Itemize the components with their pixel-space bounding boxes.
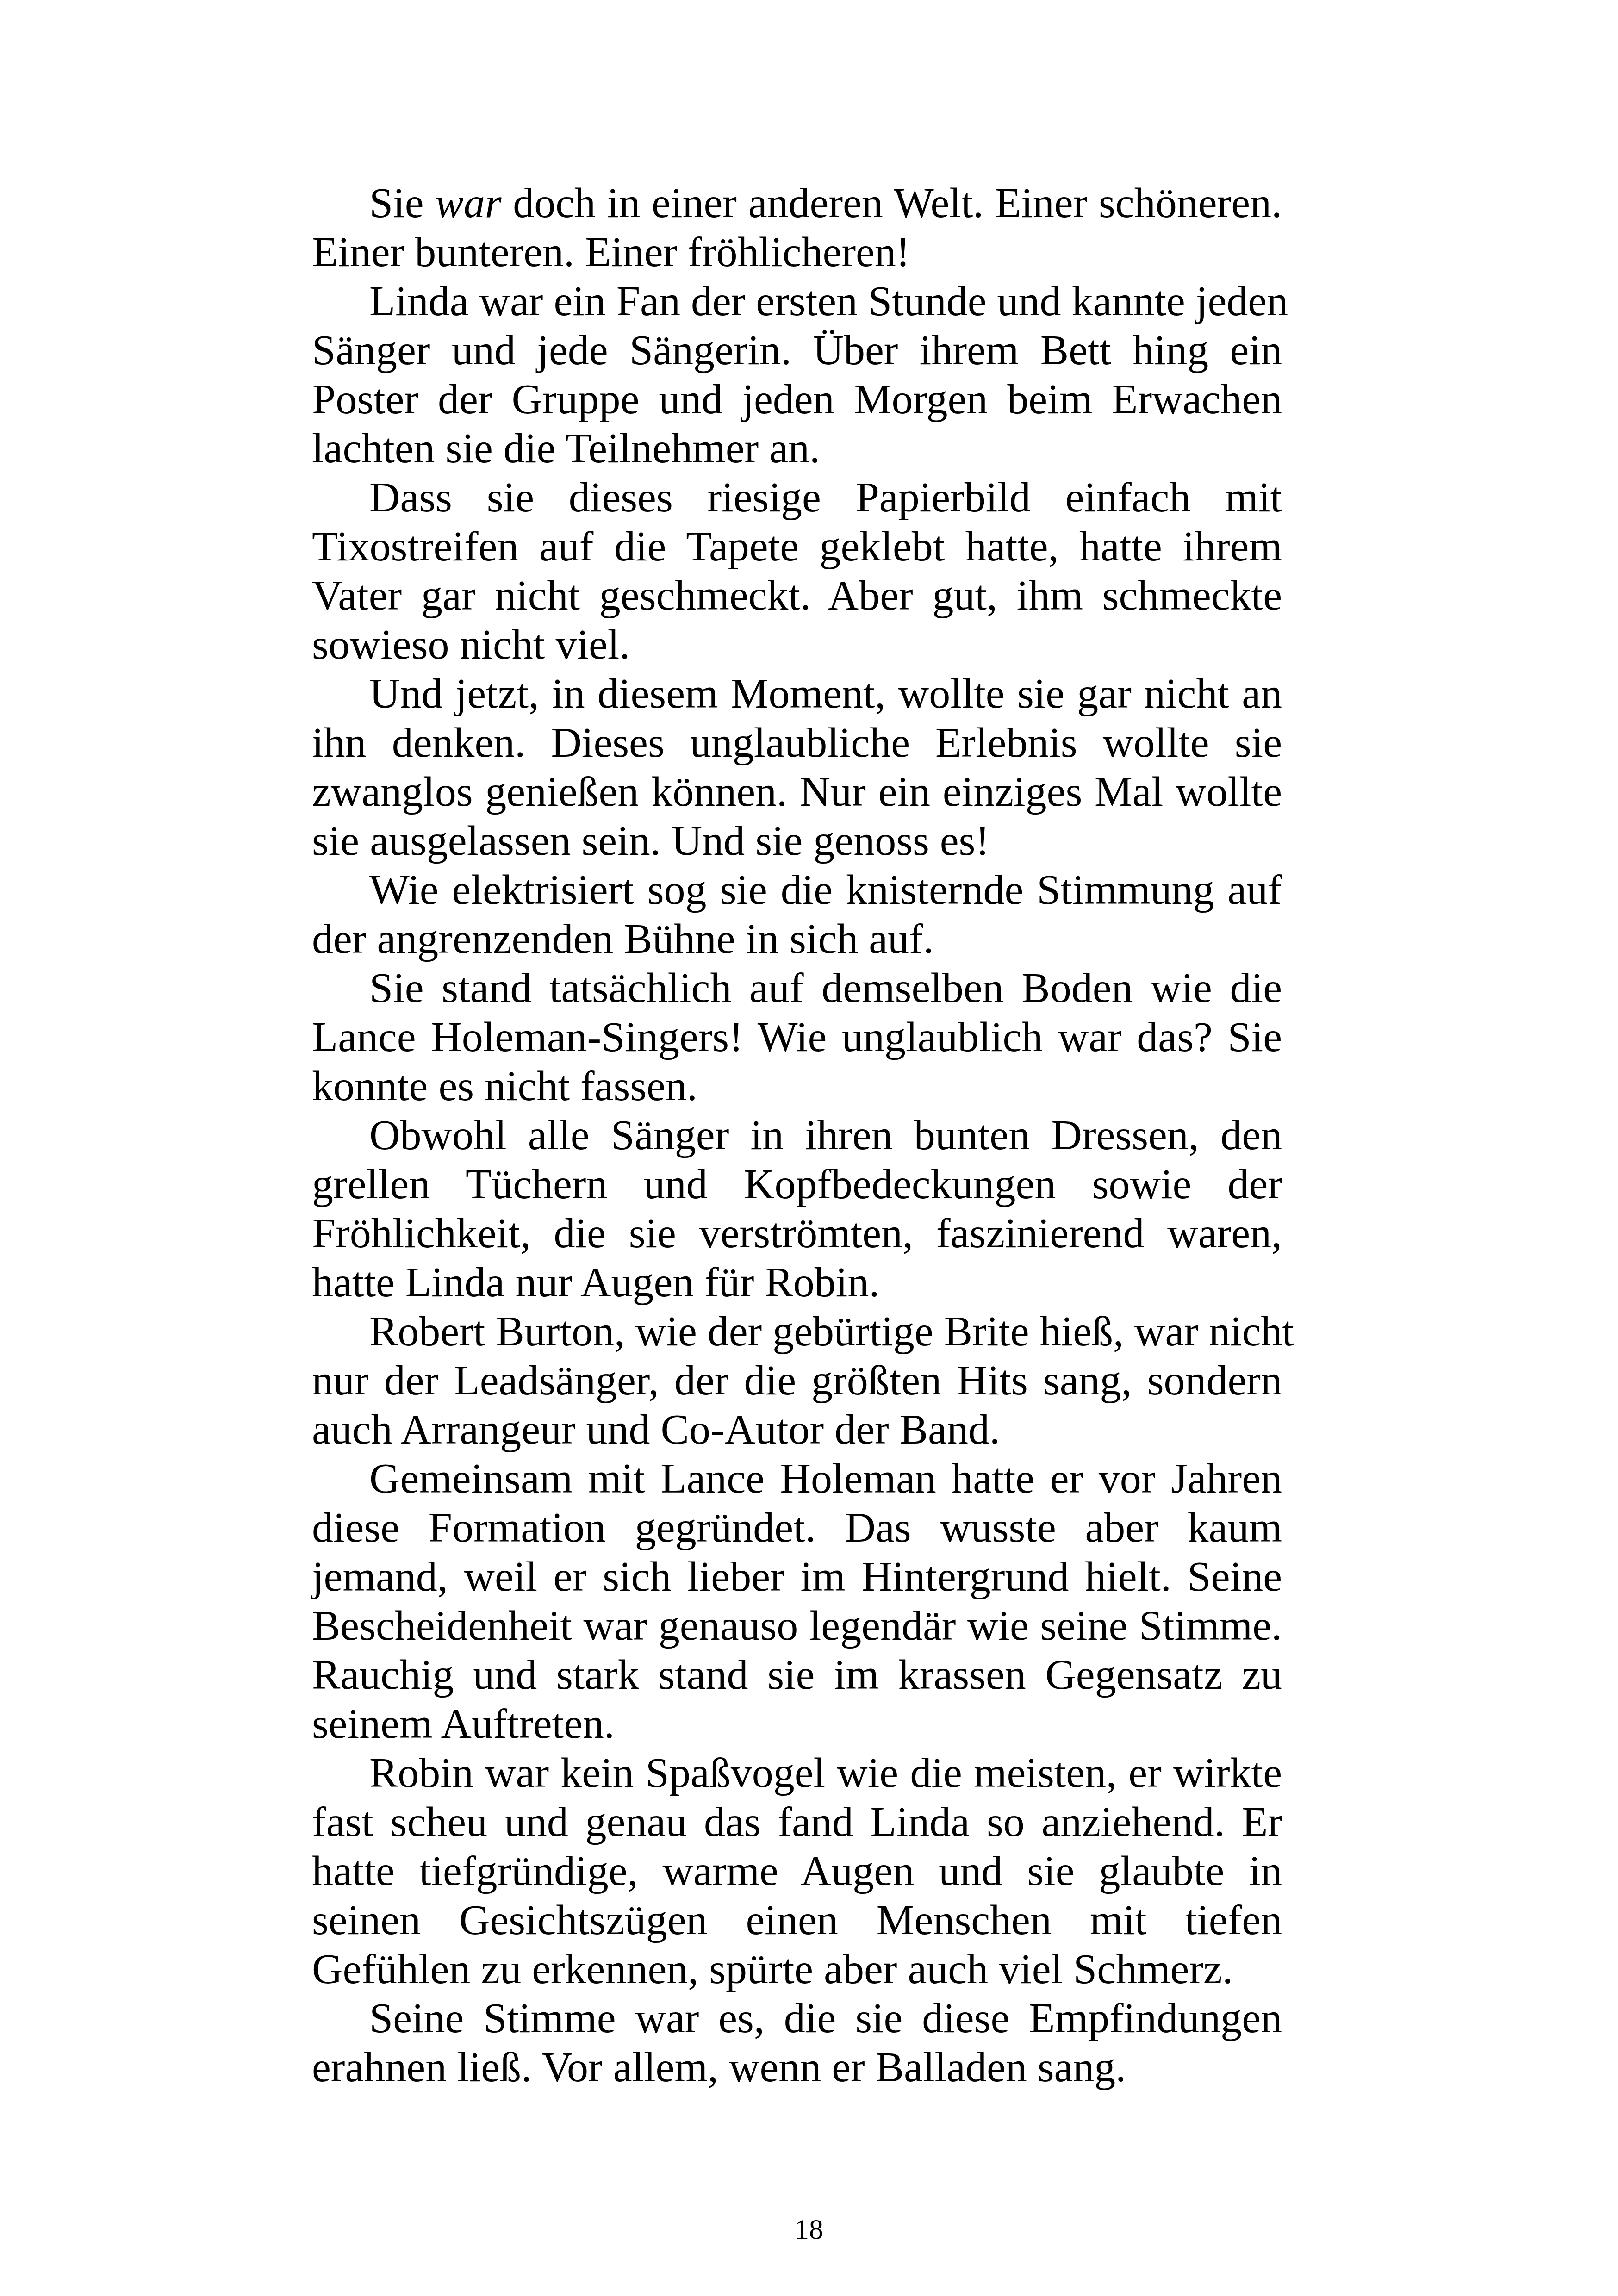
text-line: Wie elektrisiert sog sie die knisternde …	[312, 865, 1282, 914]
text-line: Einer bunteren. Einer fröhlicheren!	[312, 227, 1282, 276]
text-line: jemand, weil er sich lieber im Hintergru…	[312, 1552, 1282, 1601]
text-line: Robert Burton, wie der gebürtige Brite h…	[312, 1307, 1282, 1356]
text-line: Rauchig und stark stand sie im krassen G…	[312, 1650, 1282, 1699]
text-line: Bescheidenheit war genauso legendär wie …	[312, 1601, 1282, 1650]
text-line: Und jetzt, in diesem Moment, wollte sie …	[312, 669, 1282, 718]
text-line: Obwohl alle Sänger in ihren bunten Dress…	[312, 1110, 1282, 1159]
text-line: Seine Stimme war es, die sie diese Empfi…	[312, 1993, 1282, 2042]
text-line: konnte es nicht fassen.	[312, 1061, 1282, 1110]
paragraph: Sie stand tatsächlich auf demselben Bode…	[312, 963, 1282, 1110]
paragraph: Robin war kein Spaßvogel wie die meisten…	[312, 1748, 1282, 1993]
text-line: lachten sie die Teilnehmer an.	[312, 423, 1282, 473]
text-line: zwanglos genießen können. Nur ein einzig…	[312, 767, 1282, 816]
text-line: hatte tiefgründige, warme Augen und sie …	[312, 1846, 1282, 1895]
text-line: diese Formation gegründet. Das wusste ab…	[312, 1503, 1282, 1552]
text-line: Linda war ein Fan der ersten Stunde und …	[312, 276, 1282, 325]
text-line: Gemeinsam mit Lance Holeman hatte er vor…	[312, 1454, 1282, 1503]
text-line: grellen Tüchern und Kopfbedeckungen sowi…	[312, 1159, 1282, 1208]
text-line: seinem Auftreten.	[312, 1699, 1282, 1748]
document-page: Sie war doch in einer anderen Welt. Eine…	[0, 0, 1618, 2296]
text-line: auch Arrangeur und Co-Autor der Band.	[312, 1405, 1282, 1454]
text-line: Dass sie dieses riesige Papierbild einfa…	[312, 473, 1282, 522]
text-line: der angrenzenden Bühne in sich auf.	[312, 914, 1282, 963]
paragraph: Dass sie dieses riesige Papierbild einfa…	[312, 473, 1282, 669]
paragraph: Gemeinsam mit Lance Holeman hatte er vor…	[312, 1454, 1282, 1748]
text-line: Robin war kein Spaßvogel wie die meisten…	[312, 1748, 1282, 1797]
text-line: Sie stand tatsächlich auf demselben Bode…	[312, 963, 1282, 1012]
text-line: Poster der Gruppe und jeden Morgen beim …	[312, 374, 1282, 423]
text-line: erahnen ließ. Vor allem, wenn er Ballade…	[312, 2042, 1282, 2091]
text-line: fast scheu und genau das fand Linda so a…	[312, 1797, 1282, 1846]
text-line: sie ausgelassen sein. Und sie genoss es!	[312, 816, 1282, 865]
paragraph: Wie elektrisiert sog sie die knisternde …	[312, 865, 1282, 963]
text-line: Tixostreifen auf die Tapete geklebt hatt…	[312, 522, 1282, 571]
text-line: Sänger und jede Sängerin. Über ihrem Bet…	[312, 325, 1282, 374]
text-line: ihn denken. Dieses unglaubliche Erlebnis…	[312, 718, 1282, 767]
paragraph: Und jetzt, in diesem Moment, wollte sie …	[312, 669, 1282, 865]
page-number: 18	[0, 2213, 1618, 2246]
paragraph: Obwohl alle Sänger in ihren bunten Dress…	[312, 1110, 1282, 1307]
paragraph: Linda war ein Fan der ersten Stunde und …	[312, 276, 1282, 473]
text-line: hatte Linda nur Augen für Robin.	[312, 1257, 1282, 1307]
text-line: Lance Holeman-Singers! Wie unglaublich w…	[312, 1012, 1282, 1061]
paragraph: Sie war doch in einer anderen Welt. Eine…	[312, 178, 1282, 276]
text-line: nur der Leadsänger, der die größten Hits…	[312, 1356, 1282, 1405]
body-text: Sie war doch in einer anderen Welt. Eine…	[312, 178, 1282, 2091]
text-line: seinen Gesichtszügen einen Menschen mit …	[312, 1895, 1282, 1944]
emphasis: war	[435, 179, 501, 226]
text-line: Sie war doch in einer anderen Welt. Eine…	[312, 178, 1282, 227]
text-line: Vater gar nicht geschmeckt. Aber gut, ih…	[312, 571, 1282, 620]
text-line: Fröhlichkeit, die sie verströmten, faszi…	[312, 1208, 1282, 1257]
paragraph: Seine Stimme war es, die sie diese Empfi…	[312, 1993, 1282, 2091]
text-line: sowieso nicht viel.	[312, 620, 1282, 669]
text-line: Gefühlen zu erkennen, spürte aber auch v…	[312, 1944, 1282, 1993]
paragraph: Robert Burton, wie der gebürtige Brite h…	[312, 1307, 1282, 1454]
